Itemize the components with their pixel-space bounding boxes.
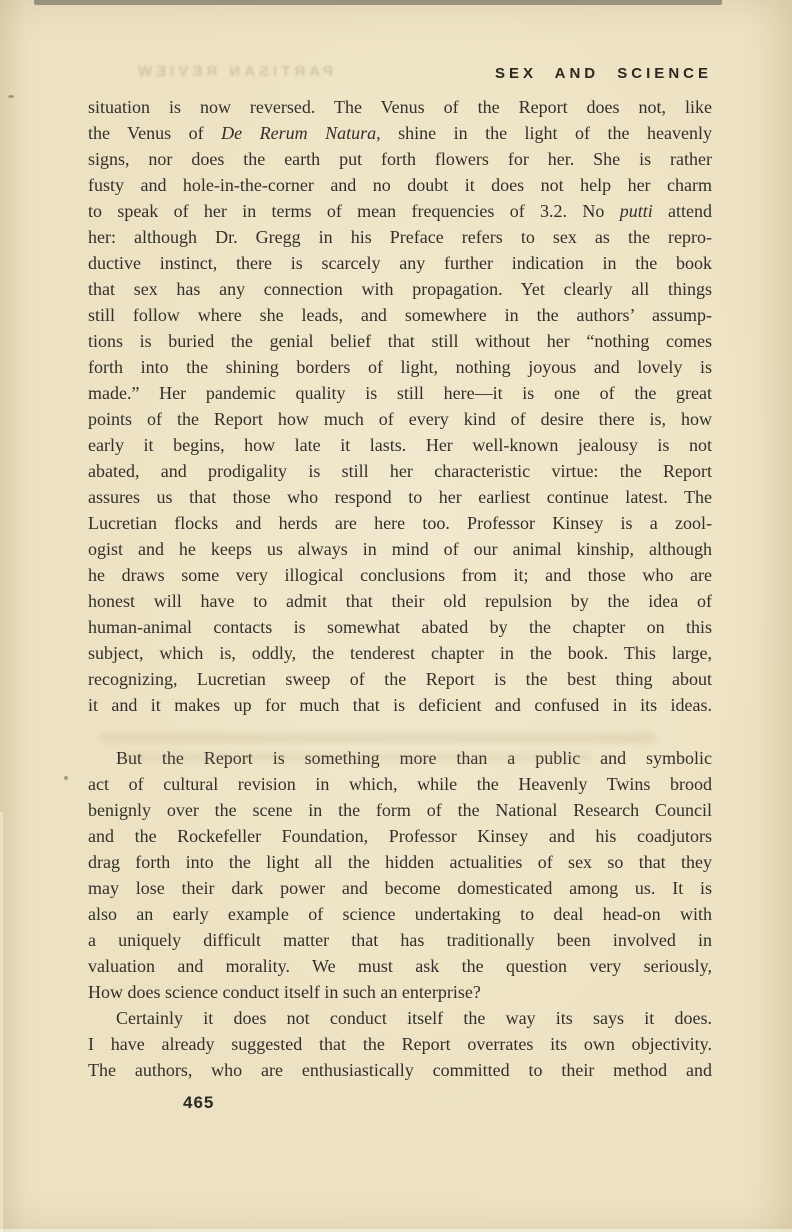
ink-speck bbox=[64, 776, 68, 780]
text-line: a uniquely difficult matter that has tra… bbox=[88, 927, 712, 953]
text-line: ogist and he keeps us always in mind of … bbox=[88, 536, 712, 562]
bleed-through-smudge bbox=[122, 753, 592, 762]
text-line: also an early example of science underta… bbox=[88, 901, 712, 927]
text-line: recognizing, Lucretian sweep of the Repo… bbox=[88, 666, 712, 692]
text-line: he draws some very illogical conclusions… bbox=[88, 562, 712, 588]
text-line: made.” Her pandemic quality is still her… bbox=[88, 380, 712, 406]
scan-edge-artifact bbox=[34, 0, 722, 5]
text-line: assures us that those who respond to her… bbox=[88, 484, 712, 510]
paragraph: But the Report is something more than a … bbox=[88, 745, 712, 1005]
text-line: may lose their dark power and become dom… bbox=[88, 875, 712, 901]
text-line: act of cultural revision in which, while… bbox=[88, 771, 712, 797]
text-line: that sex has any connection with propaga… bbox=[88, 276, 712, 302]
text-line: to speak of her in terms of mean frequen… bbox=[88, 198, 712, 224]
text-line: I have already suggested that the Report… bbox=[88, 1031, 712, 1057]
page-number: 465 bbox=[183, 1093, 214, 1113]
text-line: valuation and morality. We must ask the … bbox=[88, 953, 712, 979]
text-line: Lucretian flocks and herds are here too.… bbox=[88, 510, 712, 536]
body-text: situation is now reversed. The Venus of … bbox=[88, 94, 712, 1083]
text-line: ductive instinct, there is scarcely any … bbox=[88, 250, 712, 276]
running-header: SEX AND SCIENCE bbox=[495, 65, 712, 82]
text-line: drag forth into the light all the hidden… bbox=[88, 849, 712, 875]
paragraph: situation is now reversed. The Venus of … bbox=[88, 94, 712, 718]
text-line: tions is buried the genial belief that s… bbox=[88, 328, 712, 354]
text-line: her: although Dr. Gregg in his Preface r… bbox=[88, 224, 712, 250]
text-line: How does science conduct itself in such … bbox=[88, 979, 712, 1005]
text-line: Certainly it does not conduct itself the… bbox=[88, 1005, 712, 1031]
scan-edge-highlight bbox=[0, 812, 3, 1232]
text-line: honest will have to admit that their old… bbox=[88, 588, 712, 614]
text-line: forth into the shining borders of light,… bbox=[88, 354, 712, 380]
text-line: still follow where she leads, and somewh… bbox=[88, 302, 712, 328]
text-line: the Venus of De Rerum Natura, shine in t… bbox=[88, 120, 712, 146]
text-line: abated, and prodigality is still her cha… bbox=[88, 458, 712, 484]
bleed-through-text: PARTISAN REVIEW bbox=[134, 63, 333, 80]
text-line: benignly over the scene in the form of t… bbox=[88, 797, 712, 823]
bleed-through-smudge bbox=[100, 733, 656, 743]
text-line: signs, nor does the earth put forth flow… bbox=[88, 146, 712, 172]
text-line: it and it makes up for much that is defi… bbox=[88, 692, 712, 718]
text-line: human-animal contacts is somewhat abated… bbox=[88, 614, 712, 640]
book-page: PARTISAN REVIEW SEX AND SCIENCE situatio… bbox=[0, 0, 792, 1232]
text-line: early it begins, how late it lasts. Her … bbox=[88, 432, 712, 458]
text-line: subject, which is, oddly, the tenderest … bbox=[88, 640, 712, 666]
ink-speck bbox=[8, 95, 14, 98]
text-line: fusty and hole-in-the-corner and no doub… bbox=[88, 172, 712, 198]
text-line: points of the Report how much of every k… bbox=[88, 406, 712, 432]
text-line: situation is now reversed. The Venus of … bbox=[88, 94, 712, 120]
text-line: The authors, who are enthusiastically co… bbox=[88, 1057, 712, 1083]
text-line: and the Rockefeller Foundation, Professo… bbox=[88, 823, 712, 849]
paragraph: Certainly it does not conduct itself the… bbox=[88, 1005, 712, 1083]
